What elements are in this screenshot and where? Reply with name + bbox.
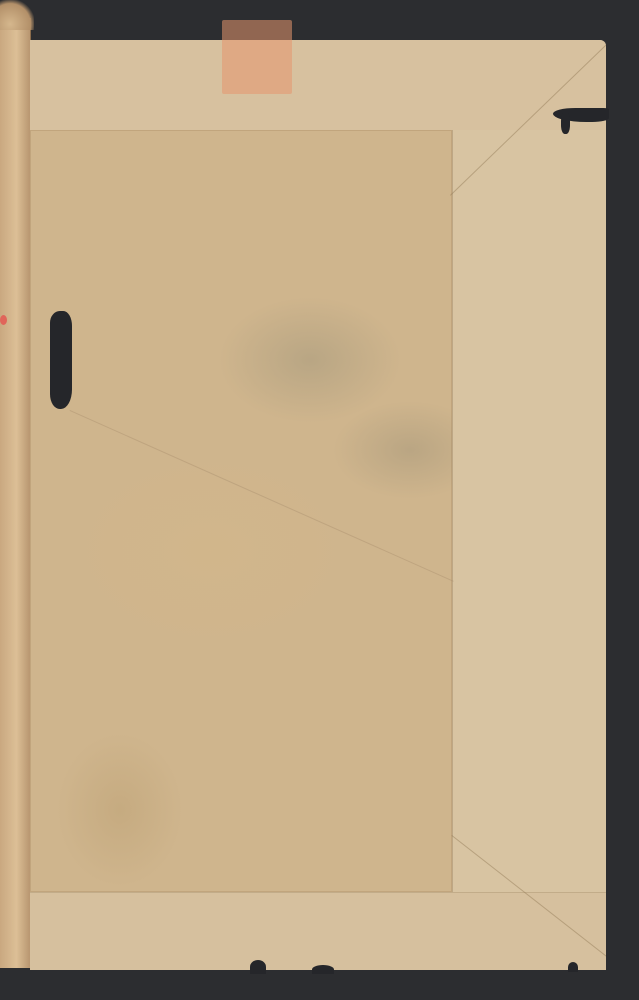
top-margin-strip bbox=[30, 40, 606, 131]
red-ink-mark bbox=[0, 315, 7, 325]
stain-texture bbox=[30, 130, 452, 892]
facing-page-edge bbox=[0, 18, 31, 968]
facing-page-curl bbox=[0, 0, 34, 30]
worm-hole-left bbox=[50, 311, 72, 409]
inner-pasted-panel bbox=[30, 130, 452, 892]
bottom-margin-strip bbox=[30, 892, 606, 970]
right-fold-flap bbox=[452, 130, 606, 892]
faded-seal bbox=[222, 20, 292, 94]
bottom-edge-notch bbox=[312, 965, 334, 974]
endpaper-page bbox=[30, 40, 606, 970]
tear-top-right-drip bbox=[561, 112, 570, 134]
bottom-edge-notch bbox=[568, 962, 578, 972]
bottom-edge-notch bbox=[250, 960, 266, 974]
scan-background bbox=[0, 0, 639, 1000]
